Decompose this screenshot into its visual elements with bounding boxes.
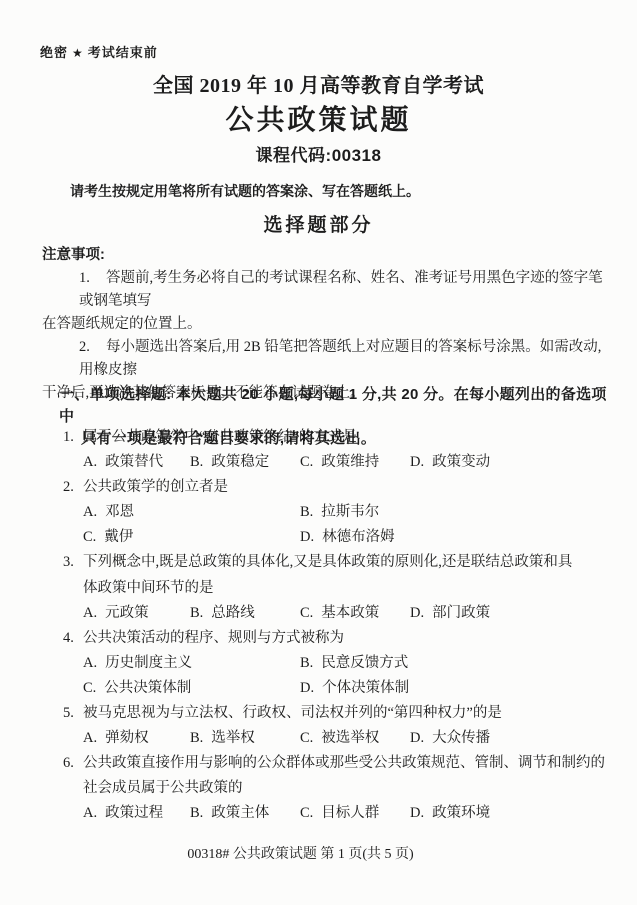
option-2-d-text: 林德布洛姆 — [322, 525, 395, 550]
question-6-stem-line-2: 社会成员属于公共政策的 — [42, 776, 619, 801]
option-4-c-label: C. — [83, 676, 96, 701]
option-6-a-label: A. — [83, 801, 97, 826]
option-4-c-text: 公共决策体制 — [104, 676, 191, 701]
classification-header: 绝密★考试结束前 — [40, 42, 158, 61]
question-5-stem: 5.被马克思视为与立法权、行政权、司法权并列的“第四种权力”的是 — [42, 701, 619, 726]
option-2-d: D.林德布洛姆 — [300, 525, 395, 550]
section-title: 选择题部分 — [0, 210, 637, 237]
option-6-c-text: 目标人群 — [321, 801, 379, 826]
option-1-c-label: C. — [300, 450, 313, 475]
page-footer: 00318# 公共政策试题 第 1 页(共 5 页) — [187, 843, 413, 863]
option-1-a-label: A. — [83, 450, 97, 475]
option-4-c: C.公共决策体制 — [83, 676, 300, 701]
question-5-text: 被马克思视为与立法权、行政权、司法权并列的“第四种权力”的是 — [83, 705, 502, 721]
option-4-a: A.历史制度主义 — [83, 651, 300, 676]
question-4: 4.公共决策活动的程序、规则与方式被称为 A.历史制度主义 B.民意反馈方式 C… — [42, 626, 619, 701]
notes-heading: 注意事项: — [42, 244, 613, 267]
option-2-c-text: 戴伊 — [104, 525, 133, 550]
option-1-b-label: B. — [190, 450, 203, 475]
option-2-c-label: C. — [83, 525, 96, 550]
option-5-d: D.大众传播 — [410, 726, 490, 751]
note-1-line-1: 1.答题前,考生务必将自己的考试课程名称、姓名、准考证号用黑色字迹的签字笔或钢笔… — [42, 267, 613, 313]
option-6-a-text: 政策过程 — [105, 801, 163, 826]
question-3-text: 下列概念中,既是总政策的具体化,又是具体政策的原则化,还是联结总政策和具 — [83, 554, 572, 570]
question-2-text: 公共政策学的创立者是 — [83, 479, 228, 495]
option-5-b-label: B. — [190, 726, 203, 751]
option-6-c: C.目标人群 — [300, 801, 410, 826]
option-2-d-label: D. — [300, 525, 314, 550]
option-6-b: B.政策主体 — [190, 801, 300, 826]
question-5-number: 5. — [63, 701, 76, 726]
option-1-a-text: 政策替代 — [105, 450, 163, 475]
question-6-options: A.政策过程 B.政策主体 C.目标人群 D.政策环境 — [42, 801, 619, 826]
option-5-b-text: 选举权 — [211, 726, 255, 751]
option-3-d: D.部门政策 — [410, 601, 490, 626]
notes-block: 注意事项: 1.答题前,考生务必将自己的考试课程名称、姓名、准考证号用黑色字迹的… — [42, 244, 613, 405]
option-1-b-text: 政策稳定 — [211, 450, 269, 475]
option-3-c: C.基本政策 — [300, 601, 410, 626]
option-6-d-text: 政策环境 — [432, 801, 490, 826]
note-1-number: 1. — [79, 267, 96, 290]
option-3-b-label: B. — [190, 601, 203, 626]
exam-paper-page: 绝密★考试结束前 全国 2019 年 10 月高等教育自学考试 公共政策试题 课… — [0, 0, 637, 905]
option-5-c: C.被选举权 — [300, 726, 410, 751]
question-4-number: 4. — [63, 626, 76, 651]
option-2-b-text: 拉斯韦尔 — [321, 500, 379, 525]
option-4-d-label: D. — [300, 676, 314, 701]
option-4-b: B.民意反馈方式 — [300, 651, 408, 676]
note-2-text: 每小题选出答案后,用 2B 铅笔把答题纸上对应题目的答案标号涂黑。如需改动,用橡… — [79, 339, 601, 378]
question-1-stem: 1.属于公共政策学中“公共政策终结”的方式是 — [42, 425, 619, 450]
question-6-number: 6. — [63, 751, 76, 776]
note-2-line-1: 2.每小题选出答案后,用 2B 铅笔把答题纸上对应题目的答案标号涂黑。如需改动,… — [42, 336, 613, 382]
option-5-a: A.弹劾权 — [83, 726, 190, 751]
option-6-b-label: B. — [190, 801, 203, 826]
paper-title: 公共政策试题 — [0, 98, 637, 138]
question-1-options: A.政策替代 B.政策稳定 C.政策维持 D.政策变动 — [42, 450, 619, 475]
question-2-stem: 2.公共政策学的创立者是 — [42, 475, 619, 500]
question-6: 6.公共政策直接作用与影响的公众群体或那些受公共政策规范、管制、调节和制约的 社… — [42, 751, 619, 826]
option-6-a: A.政策过程 — [83, 801, 190, 826]
option-4-a-label: A. — [83, 651, 97, 676]
course-code: 课程代码:00318 — [0, 141, 637, 166]
option-5-b: B.选举权 — [190, 726, 300, 751]
option-5-d-label: D. — [410, 726, 424, 751]
option-2-c: C.戴伊 — [83, 525, 300, 550]
option-1-c: C.政策维持 — [300, 450, 410, 475]
question-6-stem: 6.公共政策直接作用与影响的公众群体或那些受公共政策规范、管制、调节和制约的 — [42, 751, 619, 776]
question-3-number: 3. — [63, 550, 76, 575]
question-2: 2.公共政策学的创立者是 A.邓恩 B.拉斯韦尔 C.戴伊 D.林德布洛姆 — [42, 475, 619, 550]
question-2-options-row-2: C.戴伊 D.林德布洛姆 — [42, 525, 619, 550]
option-4-a-text: 历史制度主义 — [105, 651, 192, 676]
question-3-stem: 3.下列概念中,既是总政策的具体化,又是具体政策的原则化,还是联结总政策和具 — [42, 550, 619, 575]
option-2-a-label: A. — [83, 500, 97, 525]
option-3-b: B.总路线 — [190, 601, 300, 626]
option-6-d-label: D. — [410, 801, 424, 826]
option-1-c-text: 政策维持 — [321, 450, 379, 475]
option-2-a: A.邓恩 — [83, 500, 300, 525]
option-5-c-text: 被选举权 — [321, 726, 379, 751]
option-3-b-text: 总路线 — [211, 601, 255, 626]
option-3-a: A.元政策 — [83, 601, 190, 626]
question-3: 3.下列概念中,既是总政策的具体化,又是具体政策的原则化,还是联结总政策和具 体… — [42, 550, 619, 625]
part-one-heading-line-1: 一、单项选择题: 本大题共 20 小题,每小题 1 分,共 20 分。在每小题列… — [42, 384, 617, 428]
option-3-c-label: C. — [300, 601, 313, 626]
question-2-number: 2. — [63, 475, 76, 500]
question-5: 5.被马克思视为与立法权、行政权、司法权并列的“第四种权力”的是 A.弹劾权 B… — [42, 701, 619, 751]
option-4-d-text: 个体决策体制 — [322, 676, 409, 701]
option-6-d: D.政策环境 — [410, 801, 490, 826]
option-3-d-text: 部门政策 — [432, 601, 490, 626]
option-1-d-text: 政策变动 — [432, 450, 490, 475]
question-5-options: A.弹劾权 B.选举权 C.被选举权 D.大众传播 — [42, 726, 619, 751]
option-1-d: D.政策变动 — [410, 450, 490, 475]
questions-block: 1.属于公共政策学中“公共政策终结”的方式是 A.政策替代 B.政策稳定 C.政… — [42, 425, 619, 827]
option-1-b: B.政策稳定 — [190, 450, 300, 475]
option-2-b: B.拉斯韦尔 — [300, 500, 379, 525]
option-5-d-text: 大众传播 — [432, 726, 490, 751]
note-2-number: 2. — [79, 336, 96, 359]
note-1-text: 答题前,考生务必将自己的考试课程名称、姓名、准考证号用黑色字迹的签字笔或钢笔填写 — [79, 270, 603, 309]
option-3-a-label: A. — [83, 601, 97, 626]
question-1-number: 1. — [63, 425, 76, 450]
question-4-text: 公共决策活动的程序、规则与方式被称为 — [83, 630, 344, 646]
option-5-a-text: 弹劾权 — [105, 726, 149, 751]
question-6-text: 公共政策直接作用与影响的公众群体或那些受公共政策规范、管制、调节和制约的 — [83, 755, 605, 771]
option-1-a: A.政策替代 — [83, 450, 190, 475]
option-3-d-label: D. — [410, 601, 424, 626]
question-2-options-row-1: A.邓恩 B.拉斯韦尔 — [42, 500, 619, 525]
question-4-options-row-1: A.历史制度主义 B.民意反馈方式 — [42, 651, 619, 676]
question-3-stem-line-2: 体政策中间环节的是 — [42, 576, 619, 601]
option-4-b-label: B. — [300, 651, 313, 676]
question-3-options: A.元政策 B.总路线 C.基本政策 D.部门政策 — [42, 601, 619, 626]
option-2-a-text: 邓恩 — [105, 500, 134, 525]
classification-right: 考试结束前 — [88, 45, 158, 60]
option-1-d-label: D. — [410, 450, 424, 475]
question-4-options-row-2: C.公共决策体制 D.个体决策体制 — [42, 676, 619, 701]
note-1-line-2: 在答题纸规定的位置上。 — [42, 313, 613, 336]
exam-title: 全国 2019 年 10 月高等教育自学考试 — [0, 69, 637, 98]
option-6-b-text: 政策主体 — [211, 801, 269, 826]
question-1-text: 属于公共政策学中“公共政策终结”的方式是 — [83, 429, 357, 445]
option-6-c-label: C. — [300, 801, 313, 826]
option-3-c-text: 基本政策 — [321, 601, 379, 626]
option-2-b-label: B. — [300, 500, 313, 525]
classification-left: 绝密 — [40, 45, 68, 60]
option-5-c-label: C. — [300, 726, 313, 751]
star-icon: ★ — [68, 46, 88, 60]
question-1: 1.属于公共政策学中“公共政策终结”的方式是 A.政策替代 B.政策稳定 C.政… — [42, 425, 619, 475]
option-4-d: D.个体决策体制 — [300, 676, 409, 701]
option-4-b-text: 民意反馈方式 — [321, 651, 408, 676]
question-4-stem: 4.公共决策活动的程序、规则与方式被称为 — [42, 626, 619, 651]
option-5-a-label: A. — [83, 726, 97, 751]
answer-sheet-instruction: 请考生按规定用笔将所有试题的答案涂、写在答题纸上。 — [70, 181, 420, 201]
option-3-a-text: 元政策 — [105, 601, 149, 626]
